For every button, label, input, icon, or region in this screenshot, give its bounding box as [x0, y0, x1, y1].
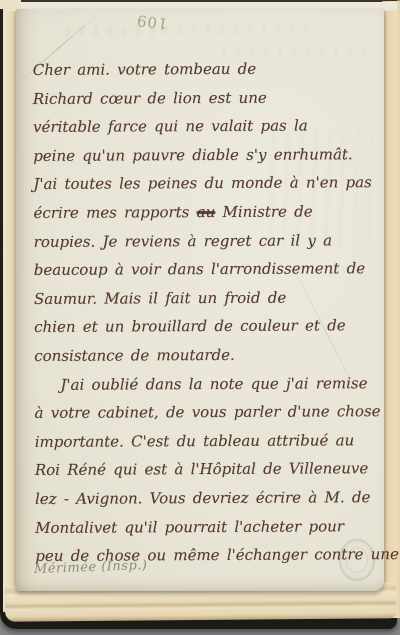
handwritten-letter-text: Cher ami. votre tombeau de Richard cœur …	[33, 54, 376, 570]
letter-line: véritable farce qui ne valait pas la	[33, 111, 373, 141]
pencil-catalog-annotation: Mérimée (Insp.)	[34, 558, 148, 577]
embossed-stamp-icon	[339, 539, 375, 581]
letter-line: lez - Avignon. Vous devriez écrire à M. …	[35, 483, 375, 513]
letter-line: Saumur. Mais il fait un froid de	[34, 283, 374, 313]
photograph-of-letter: 109 Cher ami. votre tombeau de Richard c…	[0, 0, 400, 635]
letter-line-with-strikethrough: écrire mes rapports au Ministre de	[33, 197, 373, 227]
struck-out-word: au	[197, 203, 216, 221]
letter-line: roupies. Je reviens à regret car il y a	[34, 226, 374, 256]
letter-page: 109 Cher ami. votre tombeau de Richard c…	[16, 9, 384, 591]
letter-line-segment: écrire mes rapports	[33, 203, 196, 222]
letter-line: beaucoup à voir dans l'arrondissement de	[34, 254, 374, 284]
letter-line: J'ai toutes les peines du monde à n'en p…	[33, 168, 373, 198]
letter-line: Montalivet qu'il pourrait l'acheter pour	[35, 512, 375, 542]
letter-line-paragraph-start: J'ai oublié dans la note que j'ai remise	[34, 369, 374, 399]
page-corner-top-left	[0, 0, 21, 9]
letter-line: consistance de moutarde.	[34, 340, 374, 370]
letter-line: à votre cabinet, de vous parler d'une ch…	[34, 397, 374, 427]
letter-line: peine qu'un pauvre diable s'y enrhumât.	[33, 140, 373, 170]
ink-bleedthrough	[60, 23, 310, 36]
page-block-edge-right	[382, 1, 400, 618]
letter-line: Richard cœur de lion est une	[33, 83, 373, 113]
bleedthrough-page-number: 109	[135, 11, 169, 33]
letter-line-segment: Ministre de	[215, 202, 312, 221]
letter-line: Roi Réné qui est à l'Hôpital de Villeneu…	[35, 454, 375, 484]
letter-line: importante. C'est du tableau attribué au	[35, 426, 375, 456]
letter-line: Cher ami. votre tombeau de	[33, 54, 373, 84]
letter-line: chien et un brouillard de couleur et de	[34, 311, 374, 341]
